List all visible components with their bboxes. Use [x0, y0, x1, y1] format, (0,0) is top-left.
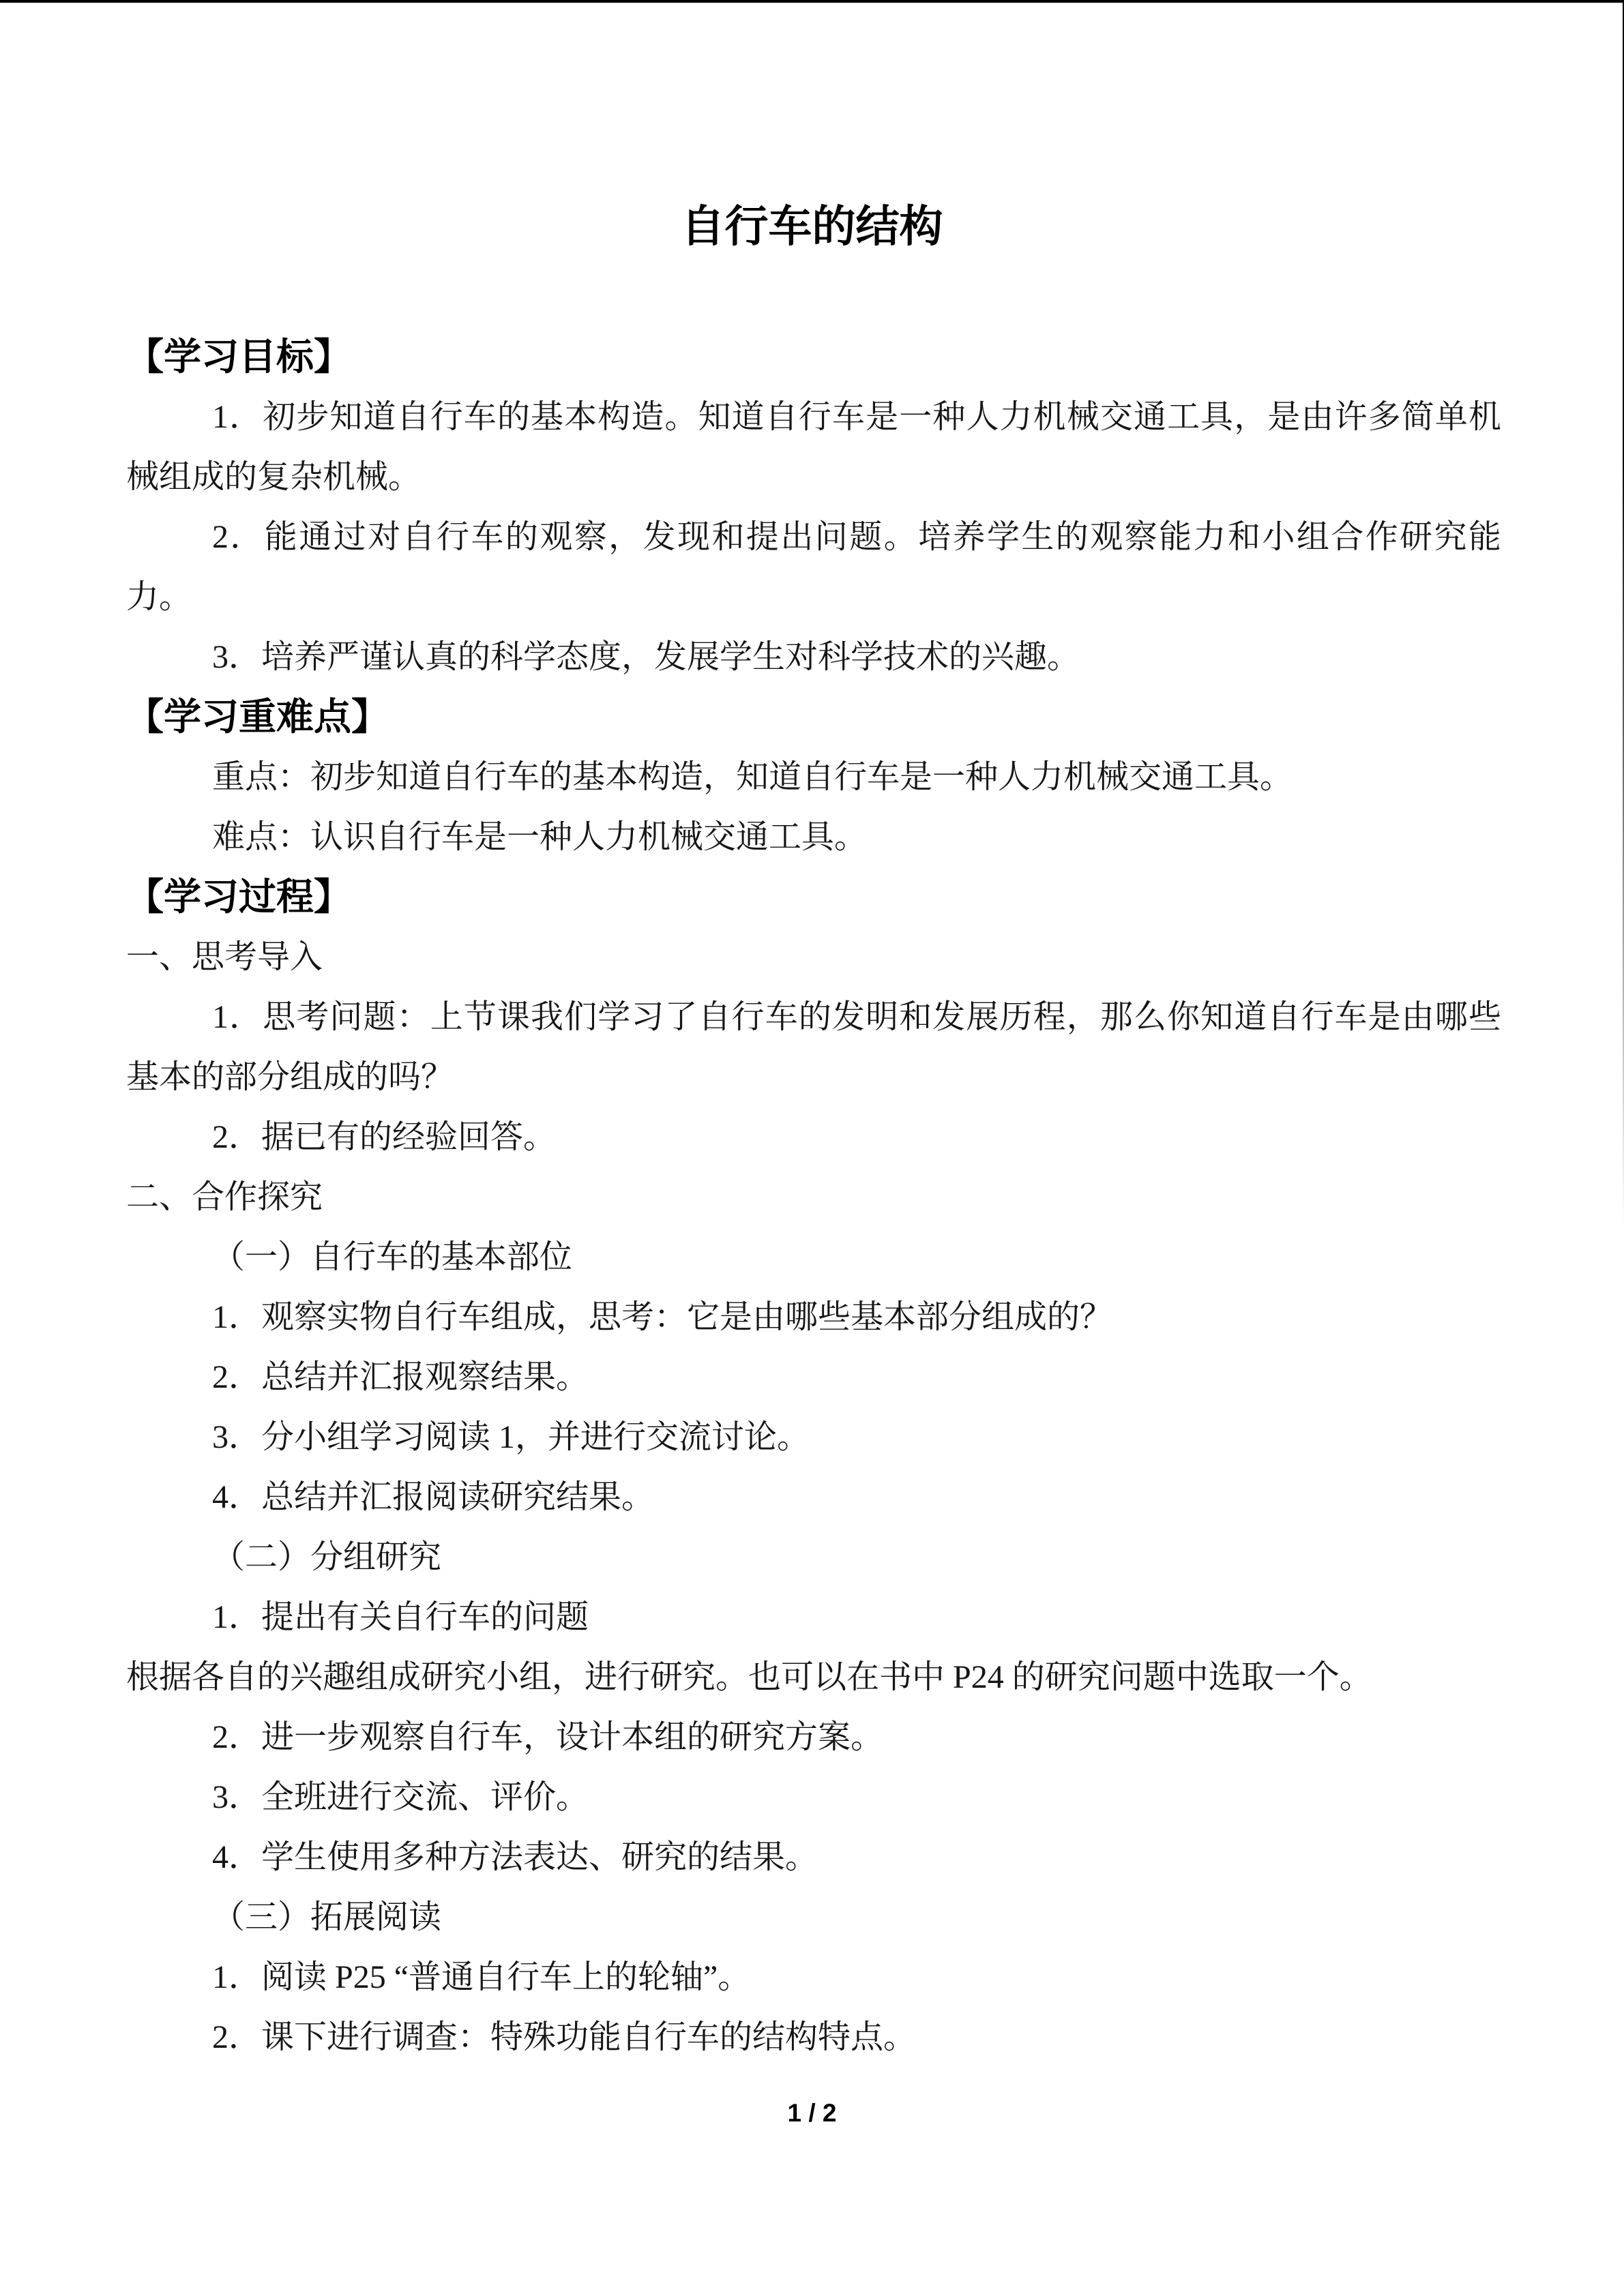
- paragraph: 2．能通过对自行车的观察，发现和提出问题。培养学生的观察能力和小组合作研究能力。: [126, 507, 1501, 627]
- paragraph: 1．阅读 P25 “普通自行车上的轮轴”。: [126, 1948, 1501, 2008]
- paragraph: （一）自行车的基本部位: [126, 1227, 1501, 1287]
- section-heading-key-points: 【学习重难点】: [126, 687, 1501, 747]
- paragraph: 3．分小组学习阅读 1，并进行交流讨论。: [126, 1407, 1501, 1467]
- paragraph: 1．观察实物自行车组成，思考：它是由哪些基本部分组成的？: [126, 1287, 1501, 1347]
- paragraph: （二）分组研究: [126, 1527, 1501, 1587]
- paragraph: 二、合作探究: [126, 1167, 1501, 1227]
- paragraph: 1．思考问题：上节课我们学习了自行车的发明和发展历程，那么你知道自行车是由哪些基…: [126, 987, 1501, 1107]
- paragraph: 3．培养严谨认真的科学态度，发展学生对科学技术的兴趣。: [126, 627, 1501, 687]
- document-body: 【学习目标】 1．初步知道自行车的基本构造。知道自行车是一种人力机械交通工具，是…: [126, 327, 1501, 2068]
- paragraph: 4．总结并汇报阅读研究结果。: [126, 1467, 1501, 1527]
- paragraph: 1．初步知道自行车的基本构造。知道自行车是一种人力机械交通工具，是由许多简单机械…: [126, 387, 1501, 507]
- paragraph: 2．课下进行调查：特殊功能自行车的结构特点。: [126, 2008, 1501, 2068]
- paragraph: 2．据已有的经验回答。: [126, 1107, 1501, 1167]
- paragraph: 难点：认识自行车是一种人力机械交通工具。: [126, 807, 1501, 867]
- paragraph: 4．学生使用多种方法表达、研究的结果。: [126, 1828, 1501, 1888]
- document-page: 自行车的结构 【学习目标】 1．初步知道自行车的基本构造。知道自行车是一种人力机…: [0, 0, 1624, 2296]
- page-top-border: [0, 0, 1624, 3]
- paragraph: 2．进一步观察自行车，设计本组的研究方案。: [126, 1708, 1501, 1768]
- paragraph: 1．提出有关自行车的问题: [126, 1587, 1501, 1648]
- paragraph: 2．总结并汇报观察结果。: [126, 1347, 1501, 1407]
- paragraph: 一、思考导入: [126, 927, 1501, 987]
- document-title: 自行车的结构: [0, 0, 1624, 252]
- paragraph: 3．全班进行交流、评价。: [126, 1768, 1501, 1828]
- paragraph: 根据各自的兴趣组成研究小组，进行研究。也可以在书中 P24 的研究问题中选取一个…: [126, 1648, 1501, 1708]
- paragraph: （三）拓展阅读: [126, 1888, 1501, 1948]
- paragraph: 重点：初步知道自行车的基本构造，知道自行车是一种人力机械交通工具。: [126, 747, 1501, 807]
- section-heading-learning-goals: 【学习目标】: [126, 327, 1501, 387]
- page-number: 1 / 2: [0, 2099, 1624, 2128]
- section-heading-learning-process: 【学习过程】: [126, 867, 1501, 927]
